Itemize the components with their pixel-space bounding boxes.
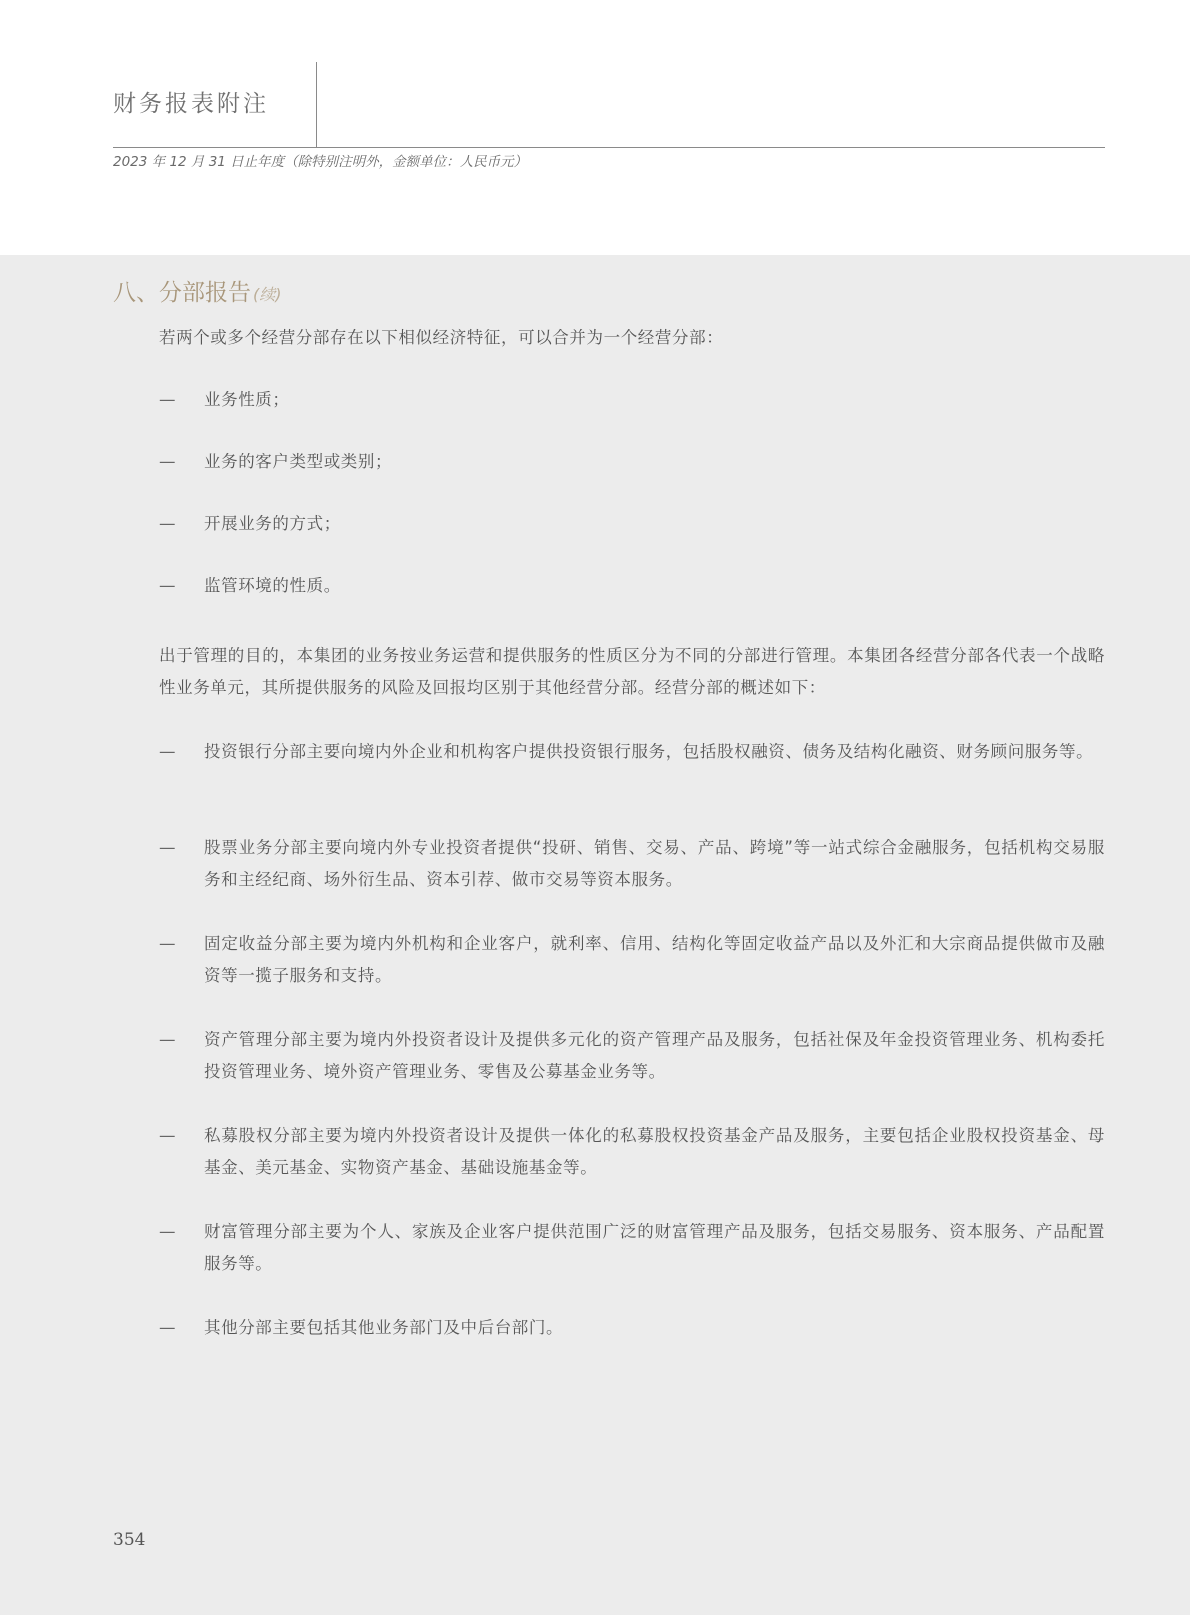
document-title: 财务报表附注 [113, 93, 269, 116]
criteria-text: 业务的客户类型或类别； [204, 446, 1105, 478]
segment-item: — 投资银行分部主要向境内外企业和机构客户提供投资银行服务，包括股权融资、债务及… [159, 736, 1105, 768]
reporting-period-note: 2023 年 12 月 31 日止年度（除特别注明外，金额单位：人民币元） [113, 153, 527, 171]
segment-item: — 私募股权分部主要为境内外投资者设计及提供一体化的私募股权投资基金产品及服务，… [159, 1120, 1105, 1184]
intro-paragraph: 若两个或多个经营分部存在以下相似经济特征，可以合并为一个经营分部： [159, 322, 1105, 354]
page-number: 354 [113, 1530, 145, 1550]
criteria-text: 业务性质； [204, 384, 1105, 416]
segment-item: — 其他分部主要包括其他业务部门及中后台部门。 [159, 1312, 1105, 1344]
criteria-item: — 业务的客户类型或类别； [159, 446, 1105, 478]
dash-bullet-icon: — [159, 928, 177, 960]
segment-description: 资产管理分部主要为境内外投资者设计及提供多元化的资产管理产品及服务，包括社保及年… [204, 1024, 1105, 1088]
page-header: 财务报表附注 2023 年 12 月 31 日止年度（除特别注明外，金额单位：人… [0, 0, 1190, 255]
header-horizontal-divider [113, 147, 1105, 148]
dash-bullet-icon: — [159, 508, 177, 540]
criteria-item: — 业务性质； [159, 384, 1105, 416]
dash-bullet-icon: — [159, 570, 177, 602]
segment-item: — 财富管理分部主要为个人、家族及企业客户提供范围广泛的财富管理产品及服务，包括… [159, 1216, 1105, 1280]
dash-bullet-icon: — [159, 1024, 177, 1056]
segment-description: 私募股权分部主要为境内外投资者设计及提供一体化的私募股权投资基金产品及服务，主要… [204, 1120, 1105, 1184]
segment-item: — 资产管理分部主要为境内外投资者设计及提供多元化的资产管理产品及服务，包括社保… [159, 1024, 1105, 1088]
header-vertical-divider [316, 62, 317, 147]
section-title: 八、分部报告 [113, 280, 251, 306]
segment-description: 其他分部主要包括其他业务部门及中后台部门。 [204, 1312, 1105, 1344]
segment-item: — 固定收益分部主要为境内外机构和企业客户，就利率、信用、结构化等固定收益产品以… [159, 928, 1105, 992]
criteria-item: — 开展业务的方式； [159, 508, 1105, 540]
management-paragraph: 出于管理的目的，本集团的业务按业务运营和提供服务的性质区分为不同的分部进行管理。… [159, 640, 1105, 704]
criteria-text: 监管环境的性质。 [204, 570, 1105, 602]
continued-marker: (续) [253, 285, 282, 304]
segment-description: 股票业务分部主要向境内外专业投资者提供“投研、销售、交易、产品、跨境”等一站式综… [204, 832, 1105, 896]
segment-description: 财富管理分部主要为个人、家族及企业客户提供范围广泛的财富管理产品及服务，包括交易… [204, 1216, 1105, 1280]
segment-item: — 股票业务分部主要向境内外专业投资者提供“投研、销售、交易、产品、跨境”等一站… [159, 832, 1105, 896]
criteria-text: 开展业务的方式； [204, 508, 1105, 540]
dash-bullet-icon: — [159, 1216, 177, 1248]
dash-bullet-icon: — [159, 832, 177, 864]
section-heading: 八、分部报告(续) [113, 278, 282, 310]
segment-description: 固定收益分部主要为境内外机构和企业客户，就利率、信用、结构化等固定收益产品以及外… [204, 928, 1105, 992]
dash-bullet-icon: — [159, 1312, 177, 1344]
segment-description: 投资银行分部主要向境内外企业和机构客户提供投资银行服务，包括股权融资、债务及结构… [204, 736, 1105, 768]
dash-bullet-icon: — [159, 1120, 177, 1152]
dash-bullet-icon: — [159, 736, 177, 768]
dash-bullet-icon: — [159, 446, 177, 478]
dash-bullet-icon: — [159, 384, 177, 416]
criteria-item: — 监管环境的性质。 [159, 570, 1105, 602]
